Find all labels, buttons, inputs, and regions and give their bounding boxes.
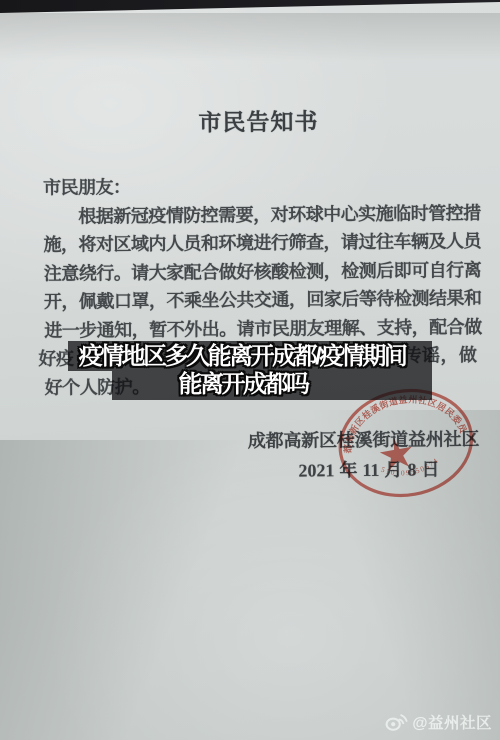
document-body: 市民朋友： 根据新冠疫情防控需要，对环球中心实施临时管控措 施，将对区域内人员和… [43,170,490,402]
watermark: @益州社区 [385,711,492,733]
official-seal-stamp: 成都高新区桂溪街道益州社区居民委员会 510109550674 [333,386,479,504]
seal-arc-text: 成都高新区桂溪街道益州社区居民委员会 [333,386,470,459]
body-fragment-left: 好疫 [38,345,73,374]
body-line: 注意绕行。请大家配合做好核酸检测，检测后即可自行离 [44,255,489,287]
body-line: 进一步通知，暂不外出。请市民朋友理解、支持，配合做 [44,312,489,344]
svg-text:510109550674: 510109550674 [378,455,442,482]
salutation: 市民朋友： [43,170,488,202]
body-fragment-right: 传谣，做 [403,341,477,370]
photo-of-notice: 市民告知书 市民朋友： 根据新冠疫情防控需要，对环球中心实施临时管控措 施，将对… [0,0,500,740]
seal-serial-number: 510109550674 [378,455,442,482]
svg-text:成都高新区桂溪街道益州社区居民委员会: 成都高新区桂溪街道益州社区居民委员会 [333,386,470,459]
body-line: 开，佩戴口罩，不乘坐公共交通，回家后等待检测结果和 [44,284,489,316]
weibo-icon [385,713,408,731]
date-year: 2021 [298,460,334,480]
body-line: 根据新冠疫情防控需要，对环球中心实施临时管控措 [43,198,488,230]
document: 市民告知书 市民朋友： 根据新冠疫情防控需要，对环球中心实施临时管控措 施，将对… [0,0,500,740]
body-line-partially-covered: 好疫 传谣，做 [44,341,489,373]
body-line: 施，将对区域内人员和环境进行筛查，请过往车辆及人员 [43,227,488,259]
watermark-text: @益州社区 [412,711,492,733]
document-title: 市民告知书 [0,102,499,139]
